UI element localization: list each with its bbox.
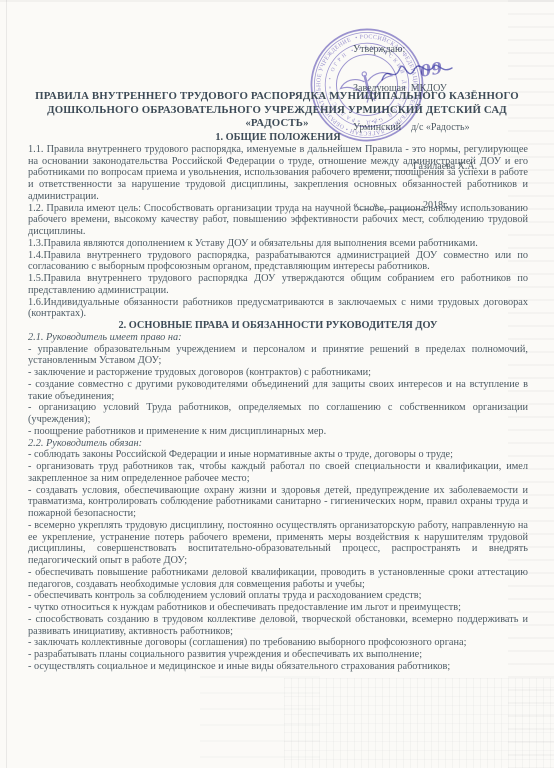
paragraph: - создание совместно с другими руководит… [28, 379, 528, 403]
paragraph: - всемерно укреплять трудовую дисциплину… [28, 520, 528, 567]
paragraph: 1.2. Правила имеют цель: Способствовать … [28, 203, 528, 238]
paragraph: 1.4.Правила внутреннего трудового распор… [28, 250, 528, 274]
page-title: ПРАВИЛА ВНУТРЕННЕГО ТРУДОВОГО РАСПОРЯДКА… [28, 90, 526, 131]
scan-edge-line [6, 0, 7, 768]
paragraph: - организовать труд работников так, чтоб… [28, 461, 528, 485]
title-line: ПРАВИЛА ВНУТРЕННЕГО ТРУДОВОГО РАСПОРЯДКА… [28, 90, 526, 104]
paragraph: 1.6.Индивидуальные обязанности работнико… [28, 297, 528, 321]
section-heading: 2. ОСНОВНЫЕ ПРАВА И ОБЯЗАННОСТИ РУКОВОДИ… [28, 320, 528, 332]
paragraph: - обеспечивать контроль за соблюдением у… [28, 590, 528, 602]
paragraph: 1.1. Правила внутреннего трудового распо… [28, 144, 528, 203]
paragraph: - разрабатывать планы социального развит… [28, 649, 528, 661]
scan-edge-shadow [0, 0, 554, 2]
paragraph: - заключение и расторжение трудовых дого… [28, 367, 528, 379]
scan-artifact [284, 678, 554, 768]
paragraph: - управление образовательным учреждением… [28, 344, 528, 368]
clause-subheading: 2.2. Руководитель обязан: [28, 438, 528, 450]
paragraph: 1.3.Правила являются дополнением к Устав… [28, 238, 528, 250]
title-line: ДОШКОЛЬНОГО ОБРАЗОВАТЕЛЬНОГО УЧРЕЖДЕНИЯ … [28, 104, 526, 118]
clause-subheading: 2.1. Руководитель имеет право на: [28, 332, 528, 344]
paragraph: - обеспечивать повышение работниками дел… [28, 567, 528, 591]
paragraph: - заключать коллективные договоры (согла… [28, 637, 528, 649]
paragraph: 1.5.Правила внутреннего трудового распор… [28, 273, 528, 297]
paragraph: - соблюдать законы Российской Федерации … [28, 449, 528, 461]
paragraph: - осуществлять социальное и медицинское … [28, 661, 528, 673]
title-line: «РАДОСТЬ» [28, 117, 526, 131]
paragraph: - создавать условия, обеспечивающие охра… [28, 485, 528, 520]
section-heading: 1. ОБЩИЕ ПОЛОЖЕНИЯ [28, 132, 528, 144]
paragraph: - организацию условий Труда работников, … [28, 402, 528, 426]
doc-body: 1. ОБЩИЕ ПОЛОЖЕНИЯ1.1. Правила внутренне… [28, 132, 528, 673]
paragraph: - чутко относиться к нуждам работников и… [28, 602, 528, 614]
paragraph: - поощрение работников и применение к ни… [28, 426, 528, 438]
paragraph: - способствовать созданию в трудовом кол… [28, 614, 528, 638]
